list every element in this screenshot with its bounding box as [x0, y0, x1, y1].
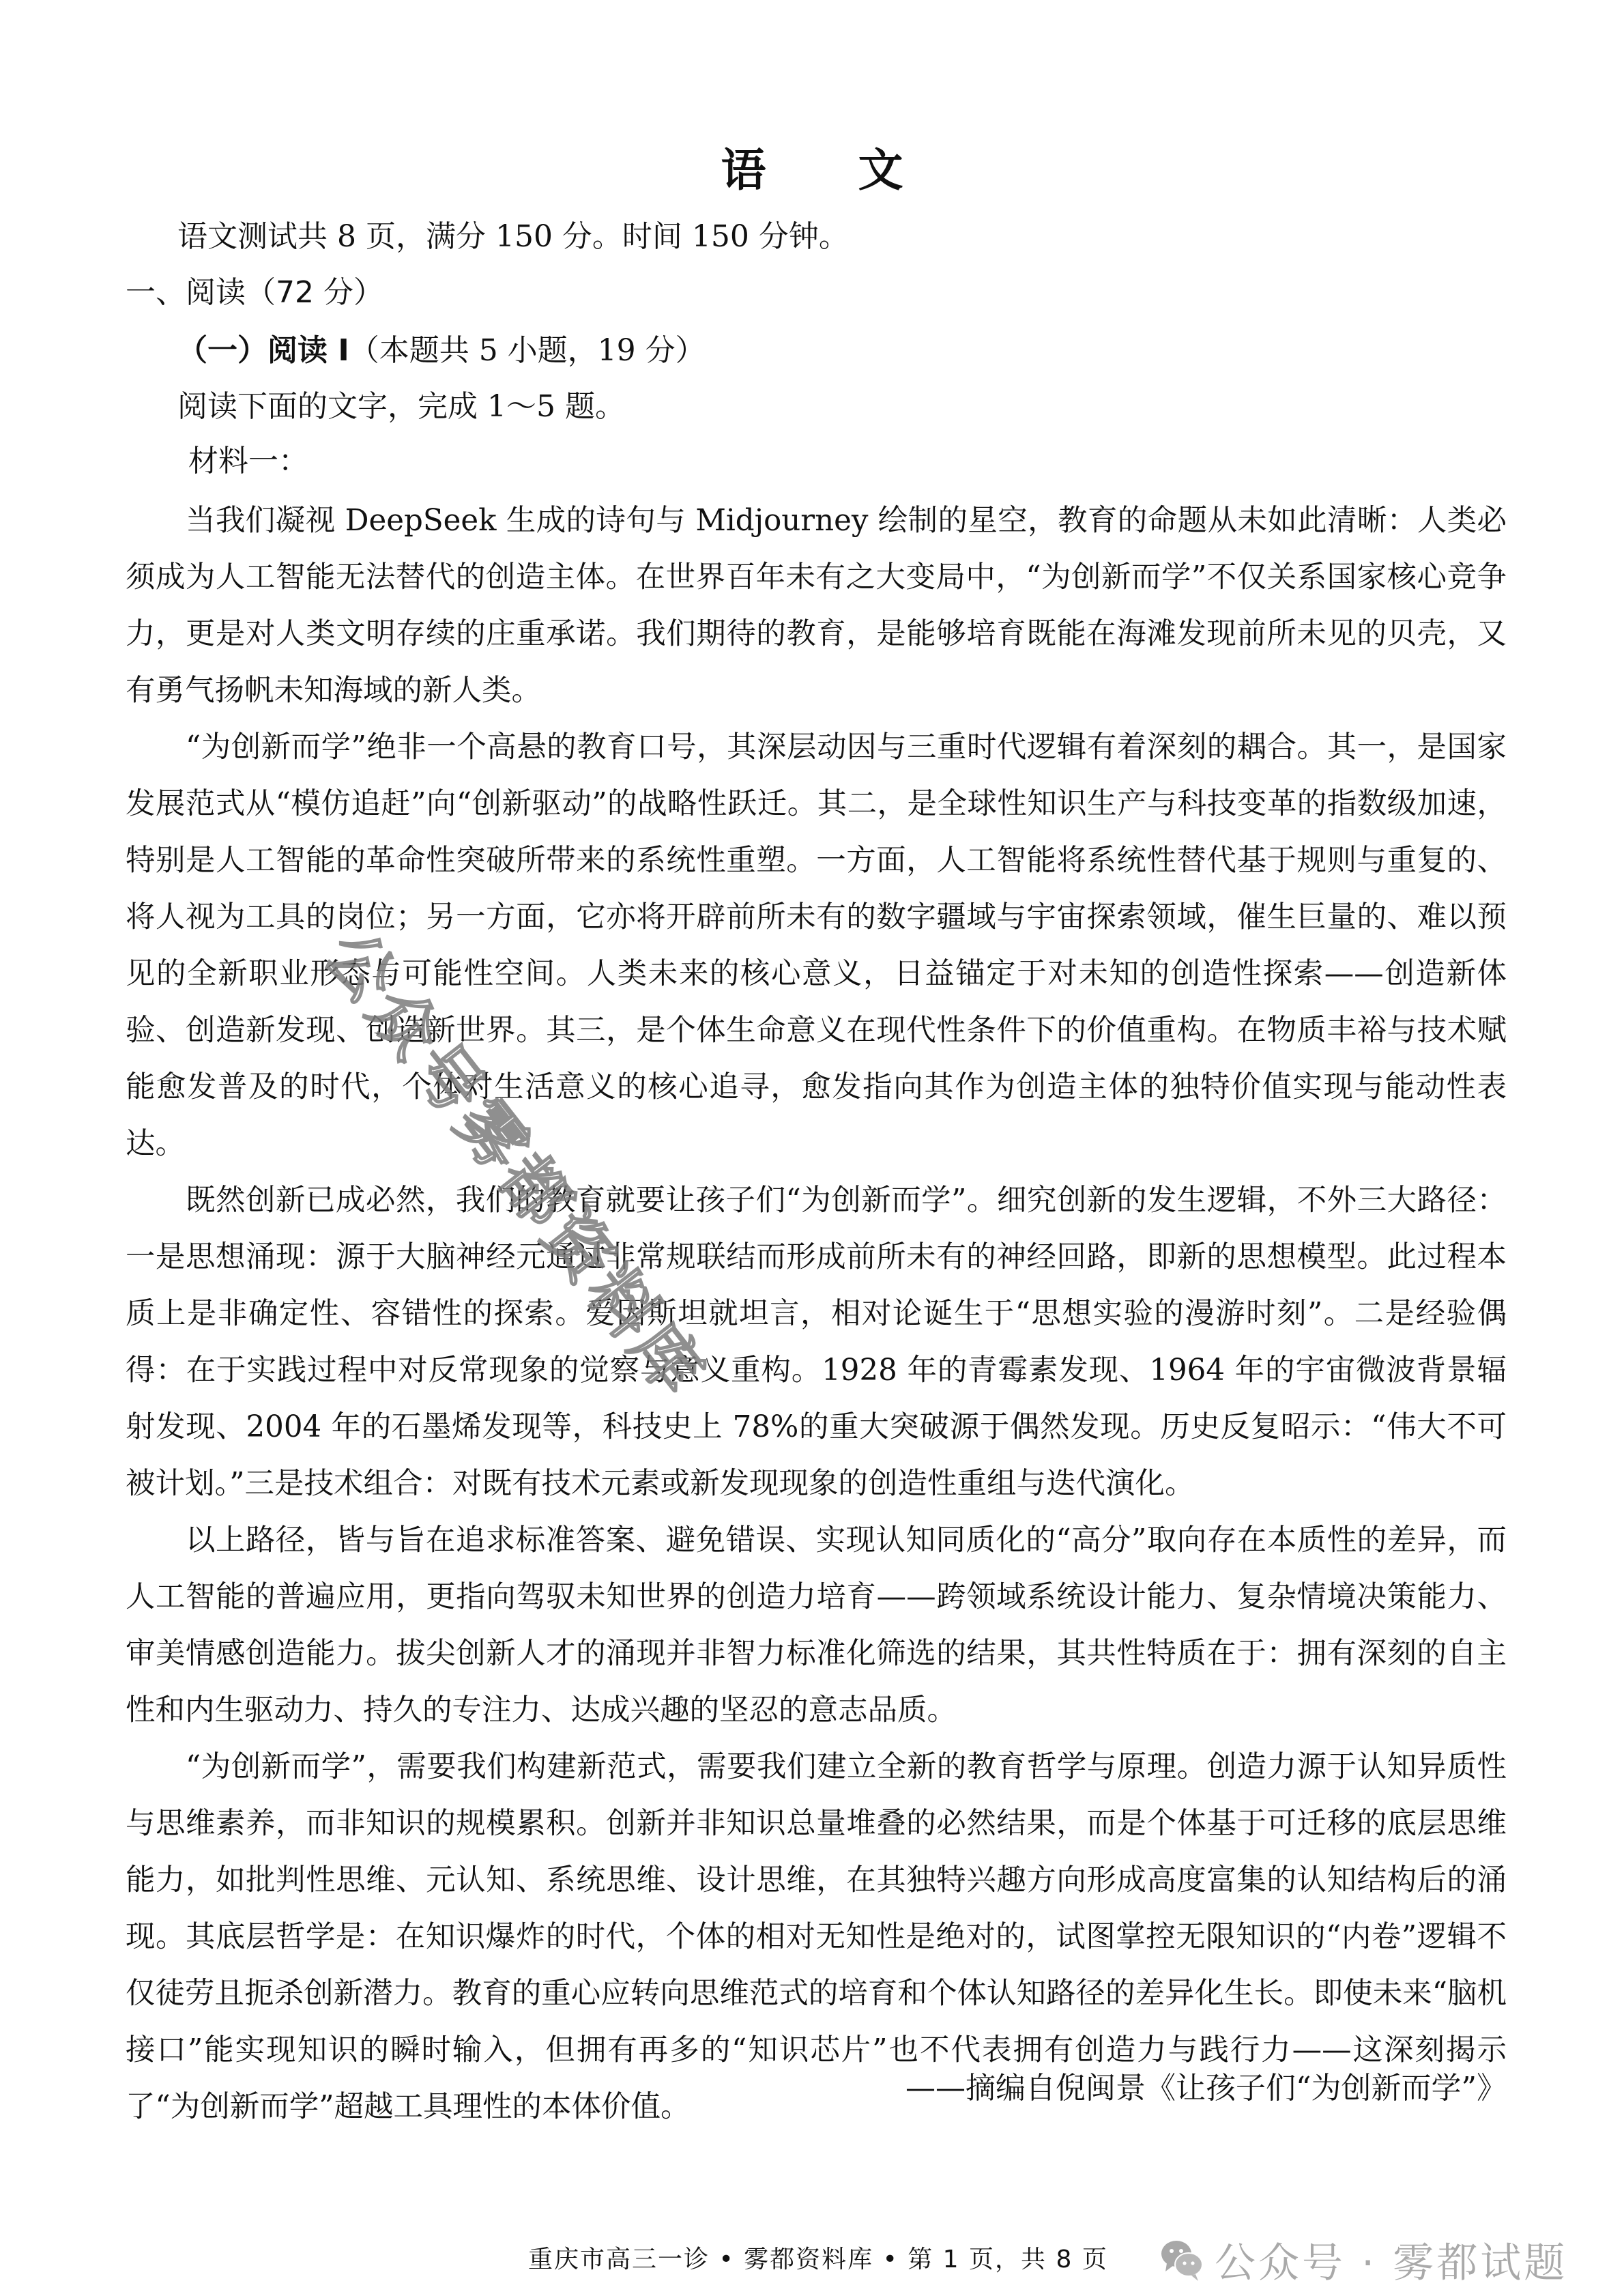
exam-intro: 语文测试共 8 页，满分 150 分。时间 150 分钟。 — [177, 208, 849, 265]
instruction: 阅读下面的文字，完成 1～5 题。 — [177, 378, 625, 435]
page-title: 语 文 — [0, 134, 1624, 199]
subsection-heading: （一）阅读 I（本题共 5 小题，19 分） — [177, 322, 706, 379]
paragraph-3: 既然创新已成必然，我们的教育就要让孩子们“为创新而学”。细究创新的发生逻辑，不外… — [126, 1173, 1507, 1512]
source-citation: ——摘编自倪闽景《让孩子们“为创新而学”》 — [905, 2060, 1507, 2116]
section-heading: 一、阅读（72 分） — [126, 264, 383, 321]
page-footer: 重庆市高三一诊 • 雾都资料库 • 第 1 页，共 8 页 公众号 · 雾都试题 — [0, 2226, 1624, 2288]
wechat-icon — [1160, 2237, 1205, 2282]
page-info: 重庆市高三一诊 • 雾都资料库 • 第 1 页，共 8 页 — [528, 2240, 1108, 2275]
paragraph-2: “为创新而学”绝非一个高悬的教育口号，其深层动因与三重时代逻辑有着深刻的耦合。其… — [126, 719, 1507, 1173]
material-label: 材料一： — [188, 433, 308, 489]
wechat-account-label: 公众号 · 雾都试题 — [1215, 2230, 1567, 2289]
subsection-label: （一）阅读 I — [177, 333, 349, 368]
paragraph-4: 以上路径，皆与旨在追求标准答案、避免错误、实现认知同质化的“高分”取向存在本质性… — [126, 1512, 1507, 1739]
wechat-badge: 公众号 · 雾都试题 — [1160, 2230, 1567, 2289]
subsection-note: （本题共 5 小题，19 分） — [349, 333, 706, 368]
article-body: 当我们凝视 DeepSeek 生成的诗句与 Midjourney 绘制的星空，教… — [126, 493, 1507, 2136]
exam-page: 语 文 语文测试共 8 页，满分 150 分。时间 150 分钟。 一、阅读（7… — [0, 0, 1624, 2296]
paragraph-1: 当我们凝视 DeepSeek 生成的诗句与 Midjourney 绘制的星空，教… — [126, 493, 1507, 719]
